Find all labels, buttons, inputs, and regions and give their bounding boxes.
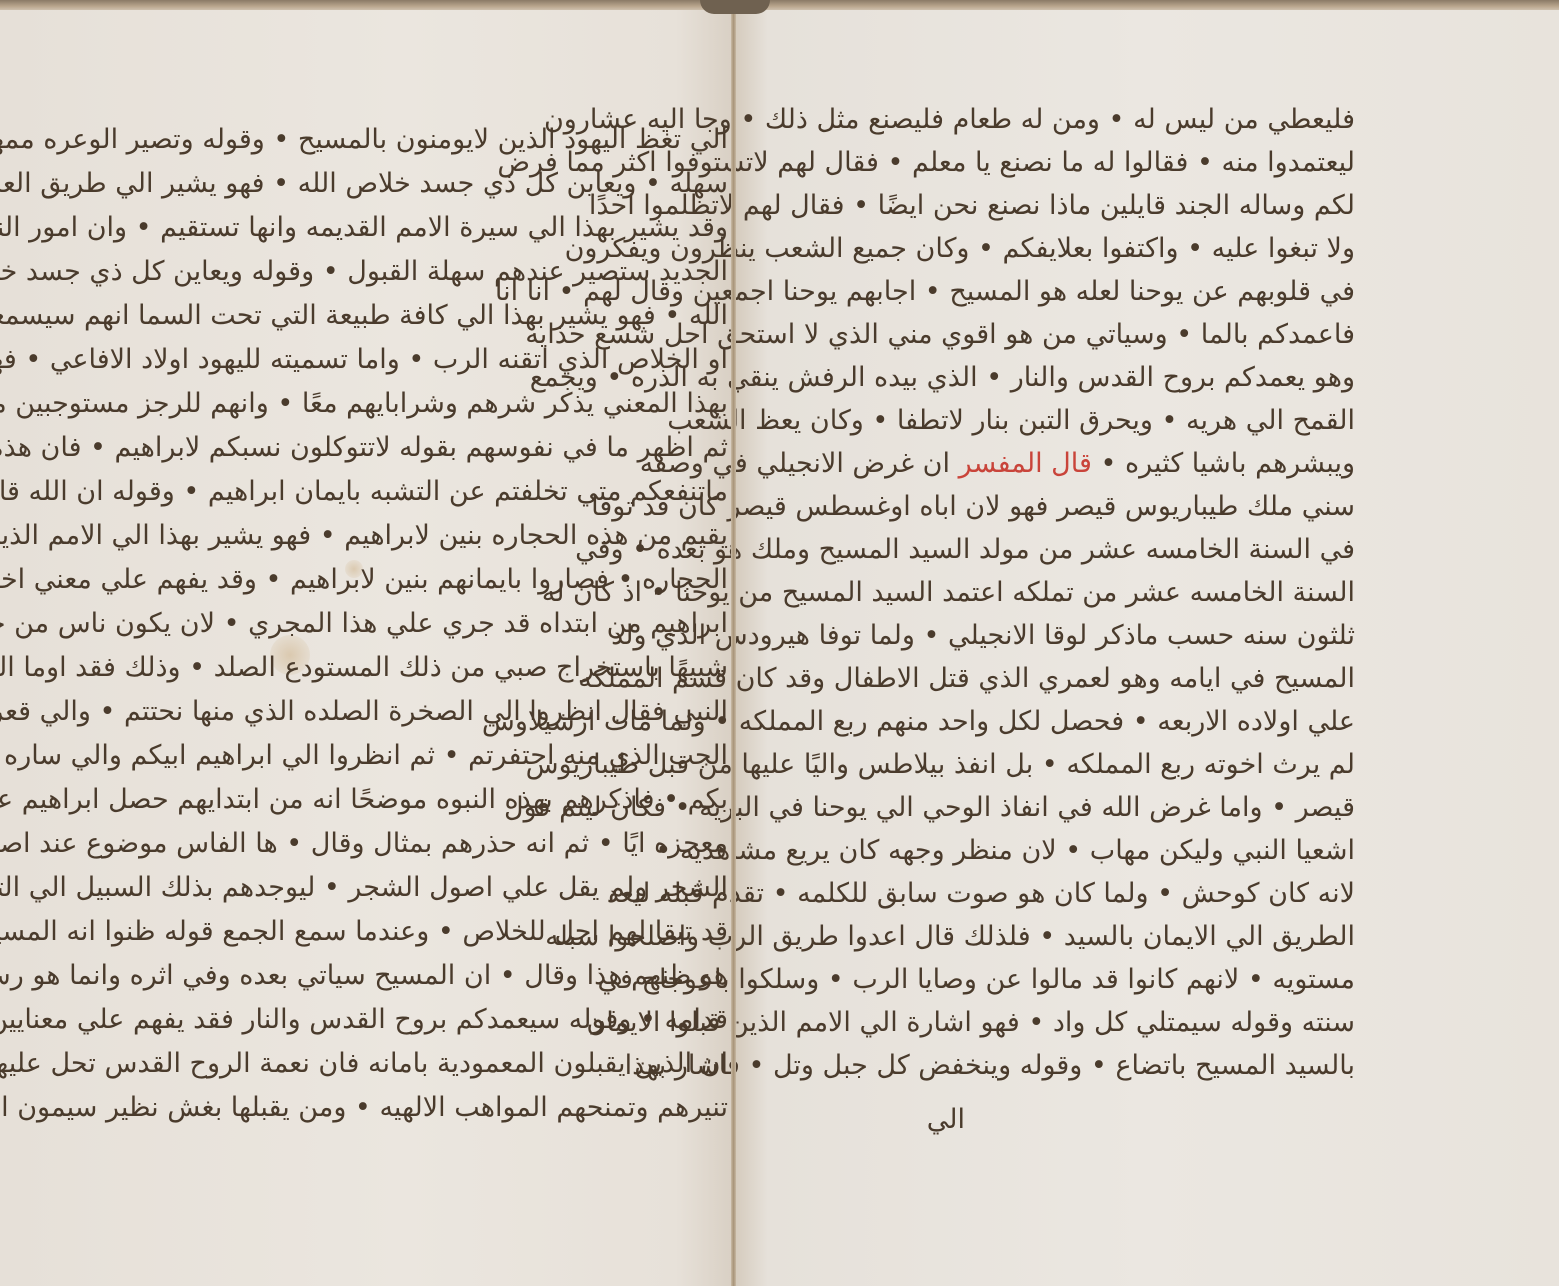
- text-line: بالسيد المسيح باتضاع • وقوله وينخفض كل ج…: [765, 1048, 1355, 1084]
- text-line: في السنة الخامسه عشر من مولد السيد المسي…: [765, 532, 1355, 568]
- catchword: الي: [927, 1102, 965, 1138]
- right-page: فليعطي من ليس له • ومن له طعام فليصنع مث…: [735, 10, 1559, 1286]
- text-line: لانه كان كوحش • ولما كان هو صوت سابق للك…: [765, 876, 1355, 912]
- text-line: السنة الخامسه عشر من تملكه اعتمد السيد ا…: [765, 575, 1355, 611]
- text-line: قيصر • واما غرض الله في انفاذ الوحي الي …: [765, 790, 1355, 826]
- text-line: سنته وقوله سيمتلي كل واد • فهو اشارة الي…: [765, 1005, 1355, 1041]
- text-line: ولا تبغوا عليه • واكتفوا بعلايفكم • وكان…: [765, 231, 1355, 267]
- text-line: وهو يعمدكم بروح القدس والنار • الذي بيده…: [765, 360, 1355, 396]
- book-gutter: [731, 0, 736, 1286]
- text-line: فاعمدكم بالما • وسياتي من هو اقوي مني ال…: [765, 317, 1355, 353]
- text-line: علي اولاده الاربعه • فحصل لكل واحد منهم …: [765, 704, 1355, 740]
- text-line: ليعتمدوا منه • فقالوا له ما نصنع يا معلم…: [765, 145, 1355, 181]
- text-line: فليعطي من ليس له • ومن له طعام فليصنع مث…: [765, 102, 1355, 138]
- text-line: الطريق الي الايمان بالسيد • فلذلك قال اع…: [765, 919, 1355, 955]
- text-line: اشعيا النبي وليكن مهاب • لان منظر وجهه ك…: [765, 833, 1355, 869]
- text-line: في قلوبهم عن يوحنا لعله هو المسيح • اجاب…: [765, 274, 1355, 310]
- text-after-rubric: ان غرض الانجيلي في وصفه: [640, 448, 950, 479]
- text-line: مستويه • لانهم كانوا قد مالوا عن وصايا ا…: [765, 962, 1355, 998]
- text-line: لكم وساله الجند قايلين ماذا نصنع نحن ايض…: [765, 188, 1355, 224]
- text-line: سني ملك طيباريوس قيصر فهو لان اباه اوغسط…: [765, 489, 1355, 525]
- text-line: تنيرهم وتمنحهم المواهب الالهيه • ومن يقب…: [150, 1090, 728, 1126]
- text-line: المسيح في ايامه وهو لعمري الذي قتل الاطف…: [765, 661, 1355, 697]
- text-before-rubric: ويبشرهم باشيا كثيره •: [1101, 448, 1356, 479]
- right-page-text: فليعطي من ليس له • ومن له طعام فليصنع مث…: [765, 102, 1355, 1162]
- rubric-heading: قال المفسر: [959, 448, 1092, 479]
- text-line: معجزه ايًا • ثم انه حذرهم بمثال وقال • ه…: [150, 826, 728, 862]
- spine-top: [700, 0, 770, 14]
- text-line: القمح الي هريه • ويحرق التبن بنار لاتطفا…: [765, 403, 1355, 439]
- text-line: ثلثون سنه حسب ماذكر لوقا الانجيلي • ولما…: [765, 618, 1355, 654]
- rubric-line: ويبشرهم باشيا كثيره • قال المفسر ان غرض …: [765, 446, 1355, 482]
- text-line: لم يرث اخوته ربع المملكه • بل انفذ بيلاط…: [765, 747, 1355, 783]
